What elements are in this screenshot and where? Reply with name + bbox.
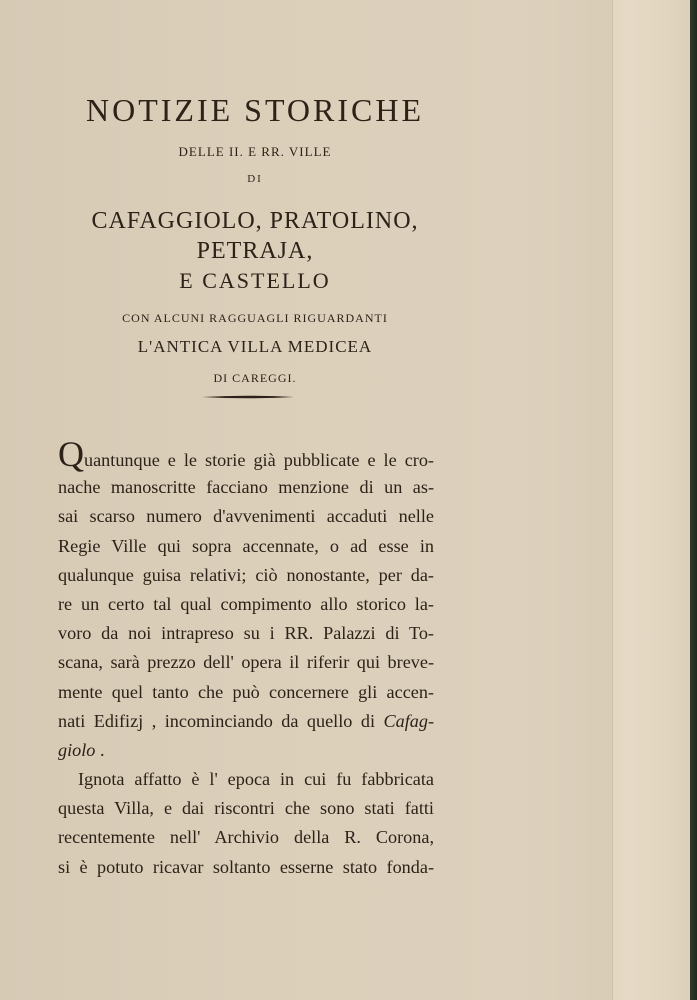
text-line: questa Villa, e dai riscontri che sono s…: [58, 794, 434, 823]
book-cover-edge: [690, 0, 697, 1000]
text-line: nache manoscritte facciano menzione di u…: [58, 473, 434, 502]
page-fold-edge: [612, 0, 691, 1000]
subtitle-line-5: E CASTELLO: [40, 266, 470, 296]
text-line: recentemente nell' Archivio della R. Cor…: [58, 823, 434, 852]
text-line: Ignota affatto è l' epoca in cui fu fabb…: [58, 765, 434, 794]
text-span: uantunque e le storie già pubblicate e l…: [84, 450, 434, 470]
italic-text: giolo: [58, 740, 95, 760]
subtitle-line-8: DI CAREGGI.: [40, 370, 470, 386]
text-line: Quantunque e le storie già pubblicate e …: [58, 444, 434, 473]
title-block: NOTIZIE STORICHE DELLE II. E RR. VILLE D…: [40, 90, 470, 386]
text-line: giolo .: [58, 736, 434, 765]
main-title: NOTIZIE STORICHE: [40, 90, 470, 130]
text-line: scana, sarà prezzo dell' opera il riferi…: [58, 648, 434, 677]
subtitle-line-6: CON ALCUNI RAGGUAGLI RIGUARDANTI: [40, 310, 470, 326]
text-line: re un certo tal qual compimento allo sto…: [58, 590, 434, 619]
subtitle-line-7: L'ANTICA VILLA MEDICEA: [40, 336, 470, 358]
text-line: qualunque guisa relativi; ciò nonostante…: [58, 561, 434, 590]
body-text: Quantunque e le storie già pubblicate e …: [58, 444, 434, 882]
subtitle-line-3: DI: [40, 172, 470, 186]
text-line: mente quel tanto che può concernere gli …: [58, 678, 434, 707]
ornamental-rule: [202, 395, 294, 399]
text-line: voro da noi intrapreso su i RR. Palazzi …: [58, 619, 434, 648]
italic-text: Cafag-: [383, 711, 434, 731]
text-line: sai scarso numero d'avvenimenti accaduti…: [58, 502, 434, 531]
text-line: si è potuto ricavar soltanto esserne sta…: [58, 853, 434, 882]
drop-cap: Q: [58, 434, 84, 474]
subtitle-line-2: DELLE II. E RR. VILLE: [40, 144, 470, 160]
text-span: nati Edifizj , incominciando da quello d…: [58, 711, 375, 731]
subtitle-line-4: CAFAGGIOLO, PRATOLINO, PETRAJA,: [40, 206, 470, 266]
text-line: nati Edifizj , incominciando da quello d…: [58, 707, 434, 736]
text-line: Regie Ville qui sopra accennate, o ad es…: [58, 532, 434, 561]
